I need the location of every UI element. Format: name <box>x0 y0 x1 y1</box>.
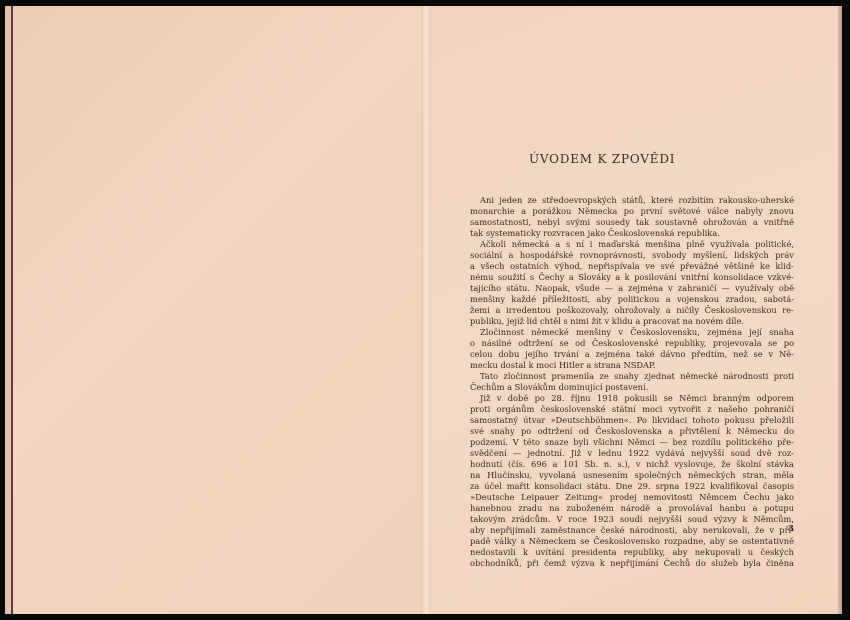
text-line: monarchie a porážkou Německa po první sv… <box>470 206 794 217</box>
text-line: takovým zrádcům. V roce 1923 soudí nejvy… <box>470 514 794 525</box>
right-page-edge <box>838 6 842 614</box>
text-line: sociální a hospodářské rovnoprávnosti, s… <box>470 250 794 261</box>
text-line: publiku, jejíž lid chtěl s nimi žít v kl… <box>470 316 794 327</box>
body-text: Ani jeden ze středoevropských států, kte… <box>470 195 794 569</box>
text-line: »Deutsche Leipauer Zeitung« prodej nemov… <box>470 492 794 503</box>
text-line: na Hlučínsku, vyvolaná usnesením společn… <box>470 470 794 481</box>
text-line: své snahy po odtržení od Československa … <box>470 426 794 437</box>
text-line: obchodníků, při čemž výzva k nepřijímání… <box>470 558 794 569</box>
text-line: hanebnou zradu na zuboženém národě a pro… <box>470 503 794 514</box>
text-line: mecku dostal k moci Hitler a strana NSDA… <box>470 360 794 371</box>
book-gutter <box>421 6 431 614</box>
text-line: Již v době po 28. říjnu 1918 pokusili se… <box>470 393 794 404</box>
page-number: 3 <box>788 524 794 534</box>
text-line: za účel mařit konsolidaci státu. Dne 29.… <box>470 481 794 492</box>
text-line: o násilné odtržení se od Československé … <box>470 338 794 349</box>
text-line: aby nepřijímali zaměstnance české národn… <box>470 525 794 536</box>
text-line: Čechům a Slovákům dominující postavení. <box>470 382 794 393</box>
text-line: Tato zločinnost pramenila ze snahy zjedn… <box>470 371 794 382</box>
text-line: menšiny každé příležitosti, aby politick… <box>470 294 794 305</box>
text-line: svědčení — jednotní. Již v lednu 1922 vy… <box>470 448 794 459</box>
text-line: samostatný útvar »Deutschböhmen«. Po lik… <box>470 415 794 426</box>
text-line: a všech ostatních výhod, nepřispívala ve… <box>470 261 794 272</box>
text-line: Ani jeden ze středoevropských států, kte… <box>470 195 794 206</box>
text-line: tajícího státu. Naopak, všude — a zejmén… <box>470 283 794 294</box>
text-line: Ačkoli německá a s ní i maďarská menšina… <box>470 239 794 250</box>
text-line: podzemí. V této snaze byli všichni Němci… <box>470 437 794 448</box>
text-line: celou dobu jejího trvání a zejména také … <box>470 349 794 360</box>
text-line: proti orgánům československé státní moci… <box>470 404 794 415</box>
text-line: hodnutí (čís. 696 a 101 Sb. n. s.), v ni… <box>470 459 794 470</box>
text-line: tak systematicky rozvracen jako Českoslo… <box>470 228 794 239</box>
text-line: žemi a irredentou poškozovaly, ohrožoval… <box>470 305 794 316</box>
chapter-title: ÚVODEM K ZPOVĚDI <box>529 152 675 166</box>
left-page-blank <box>5 6 425 614</box>
left-page-edge-line <box>11 6 13 614</box>
text-line: samostatnosti, nebyl svými sousedy tak s… <box>470 217 794 228</box>
text-line: nému soužití s Čechy a Slováky a k posil… <box>470 272 794 283</box>
text-line: padě války s Německem se Československo … <box>470 536 794 547</box>
text-line: nedostavili k uvítání presidenta republi… <box>470 547 794 558</box>
text-line: Zločinnost německé menšiny v Českosloven… <box>470 327 794 338</box>
